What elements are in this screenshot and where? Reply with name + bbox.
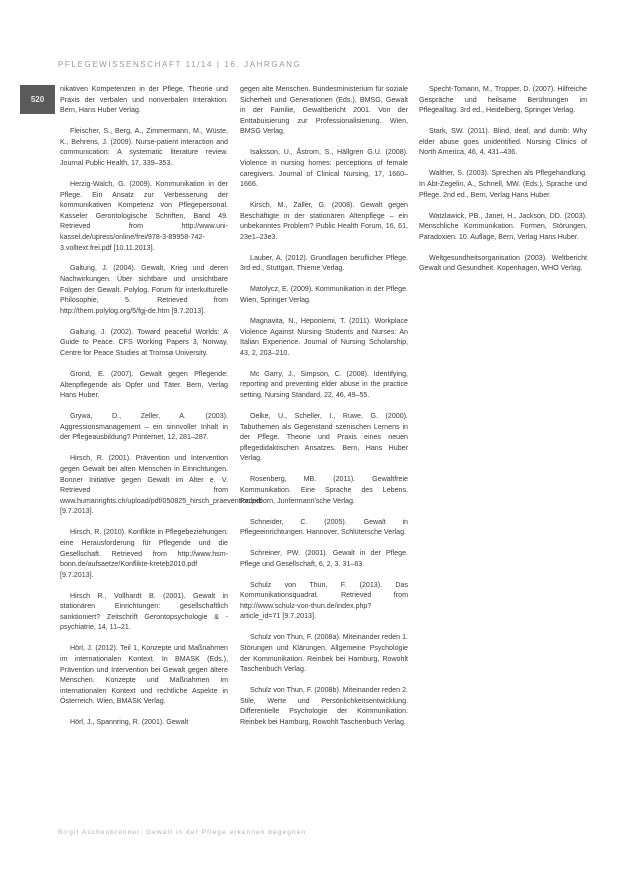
reference-entry: Grywa, D., Zeller, A. (2003). Aggression… xyxy=(60,411,228,443)
reference-entry: Schreiner, PW. (2001). Gewalt in der Pfl… xyxy=(240,548,408,569)
reference-entry: Hörl, J., Spannring, R. (2001). Gewalt xyxy=(60,717,228,728)
reference-entry: Kirsch, M., Zaller, G. (2008). Gewalt ge… xyxy=(240,200,408,242)
reference-entry: Magnavita, N., Heponiemi, T. (2011). Wor… xyxy=(240,316,408,358)
reference-entry: Rosenberg, MB. (2011). Gewaltfreie Kommu… xyxy=(240,474,408,506)
reference-column-3: Specht-Tomann, M., Tropper, D. (2007). H… xyxy=(419,84,587,284)
reference-entry: Galtung, J. (2004). Gewalt, Krieg und de… xyxy=(60,263,228,316)
reference-entry: Weltgesundheitsorganisation (2003). Welt… xyxy=(419,253,587,274)
reference-entry: Stark, SW. (2011). Blind, deaf, and dumb… xyxy=(419,126,587,158)
reference-entry: Oelke, U., Scheller, I., Ruwe, G. (2000)… xyxy=(240,411,408,464)
reference-entry: Grond, E. (2007). Gewalt gegen Pflegende… xyxy=(60,369,228,401)
reference-entry: Galtung, J. (2002). Toward peaceful Worl… xyxy=(60,327,228,359)
reference-entry: Schneider, C. (2005). Gewalt in Pflegeei… xyxy=(240,517,408,538)
reference-entry: Matolycz, E. (2009). Kommunikation in de… xyxy=(240,284,408,305)
reference-entry: Hörl, J. (2012). Teil 1, Konzepte und Ma… xyxy=(60,643,228,707)
reference-entry: nikativen Kompetenzen in der Pflege. The… xyxy=(60,84,228,116)
reference-entry: Isaksson, U., Åstrom, S., Hällgren G.U. … xyxy=(240,147,408,189)
reference-entry: Schulz von Thun, F. (2013). Das Kommunik… xyxy=(240,580,408,622)
reference-entry: Schulz von Thun, F. (2008a). Miteinander… xyxy=(240,632,408,674)
reference-entry: Herzig-Walch, G. (2009). Kommunikation i… xyxy=(60,179,228,253)
reference-entry: Specht-Tomann, M., Tropper, D. (2007). H… xyxy=(419,84,587,116)
reference-entry: Hirsch, R. (2010). Konflikte in Pflegebe… xyxy=(60,527,228,580)
reference-column-1: nikativen Kompetenzen in der Pflege. The… xyxy=(60,84,228,738)
reference-entry: Schulz von Thun, F. (2008b). Miteinander… xyxy=(240,685,408,727)
page-number-badge: 520 xyxy=(20,85,55,114)
running-footer: Birgit Aschenbrenner: Gewalt in der Pfle… xyxy=(58,829,306,836)
reference-column-2: gegen alte Menschen. Bundesministerium f… xyxy=(240,84,408,738)
reference-entry: Mc Garry, J., Simpson, C. (2008). Identi… xyxy=(240,369,408,401)
reference-entry: Walther, S. (2003). Sprechen als Pflegeh… xyxy=(419,168,587,200)
running-header: Pflegewissenschaft 11/14 | 16. Jahrgang xyxy=(58,60,301,69)
reference-entry: Watzlawick, PB., Janet, H., Jackson, DD.… xyxy=(419,211,587,243)
reference-entry: Hirsch R., Vollhardt B. (2001). Gewalt i… xyxy=(60,591,228,633)
reference-entry: Fleischer, S., Berg, A., Zimmermann, M.,… xyxy=(60,126,228,168)
reference-entry: Hirsch, R. (2001). Prävention und Interv… xyxy=(60,453,228,517)
reference-entry: gegen alte Menschen. Bundesministerium f… xyxy=(240,84,408,137)
reference-entry: Lauber, A. (2012). Grundlagen berufliche… xyxy=(240,253,408,274)
